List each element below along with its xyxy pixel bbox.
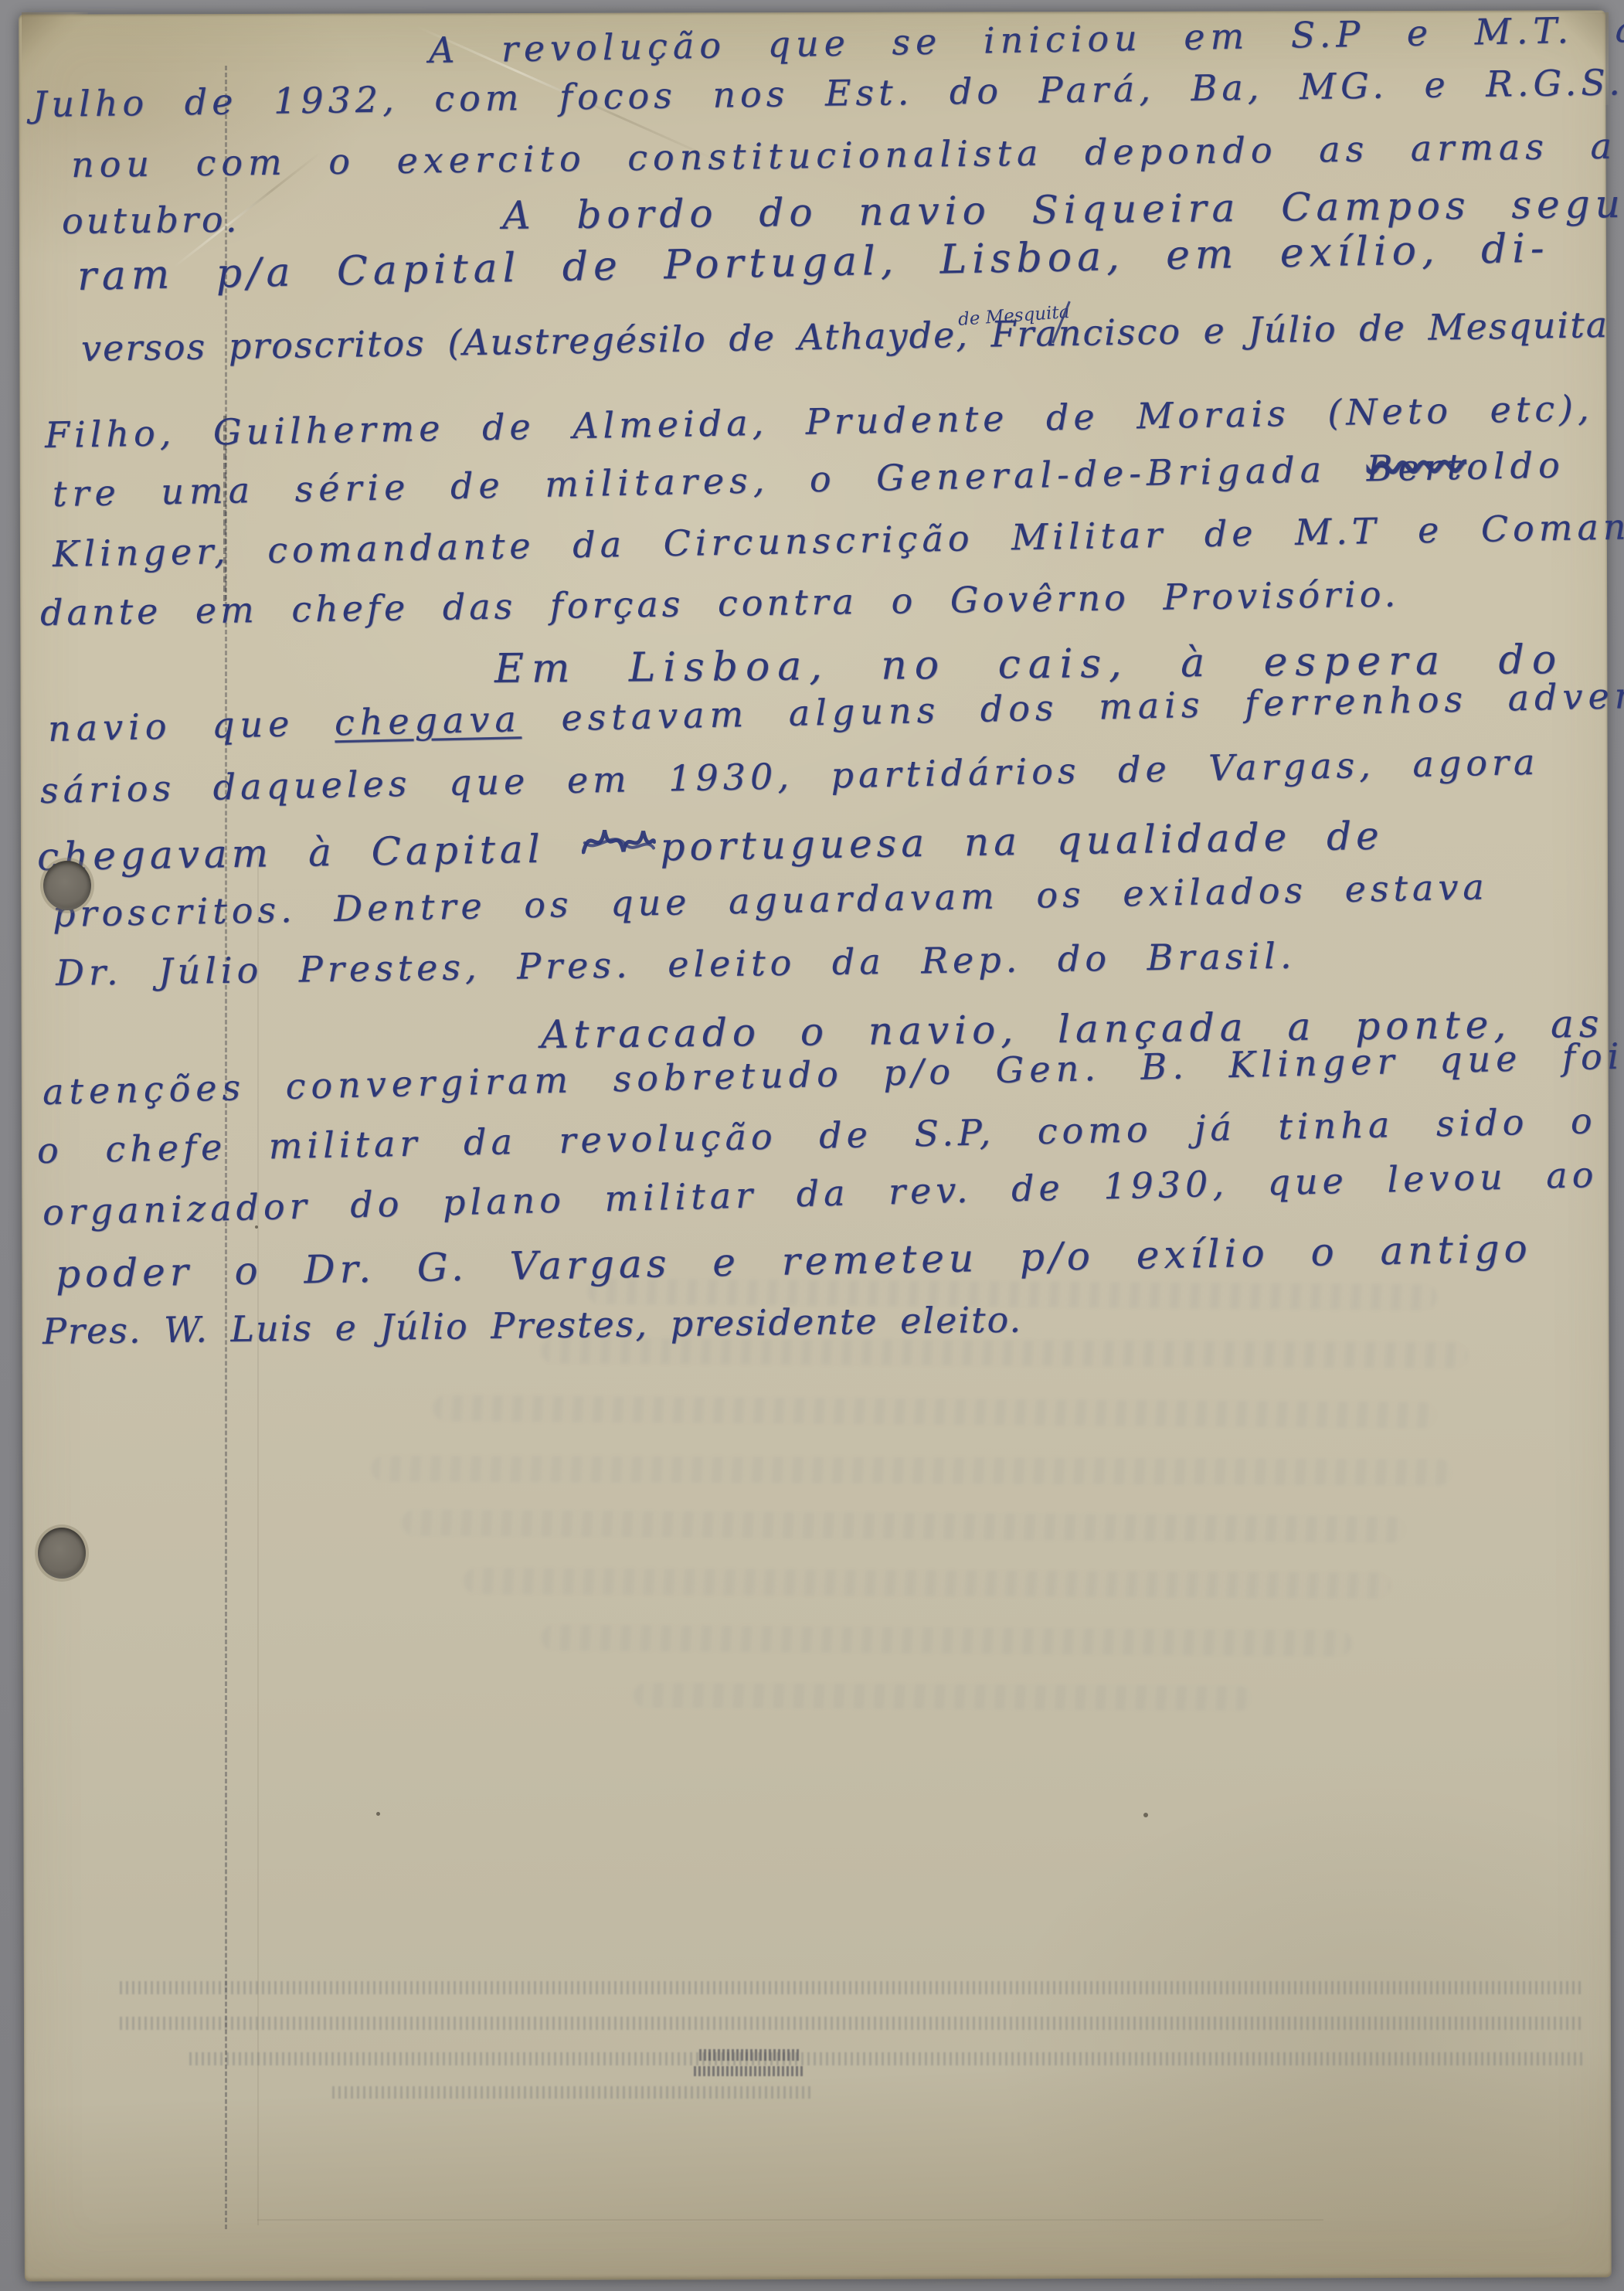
dust-speck [376,1812,380,1816]
stamp-mark [699,2049,801,2061]
line-text: oldo [1466,444,1566,487]
bleed-through-typed-line [120,2017,1584,2030]
line-text: outubro. [62,199,240,242]
bleed-through-handwriting [371,1456,1452,1486]
hole-punch-top [43,861,91,910]
corner-fold-top-left [22,12,88,83]
scanned-manuscript-page: { "colors": { "ink": "#2d3877", "paper":… [0,0,1624,2291]
underlined-word: chegava [334,698,522,743]
bleed-through-handwriting [634,1683,1252,1711]
stamp-mark [694,2066,804,2076]
line-text: chegavam à Capital [37,826,580,879]
bleed-through-typed-line [120,1981,1584,1994]
dust-speck [1143,1813,1148,1817]
hole-punch-bottom [38,1528,86,1579]
bleed-through-handwriting [464,1568,1391,1599]
bleed-through-typed-line [332,2086,811,2099]
bleed-through-typed-line [189,2052,1584,2065]
line-text: navio que [47,702,335,750]
scribbled-out-word: Bert [1366,446,1467,489]
ink-scribble [581,821,656,871]
bleed-through-frame-line [257,2219,1323,2221]
indent-gap [240,229,503,232]
